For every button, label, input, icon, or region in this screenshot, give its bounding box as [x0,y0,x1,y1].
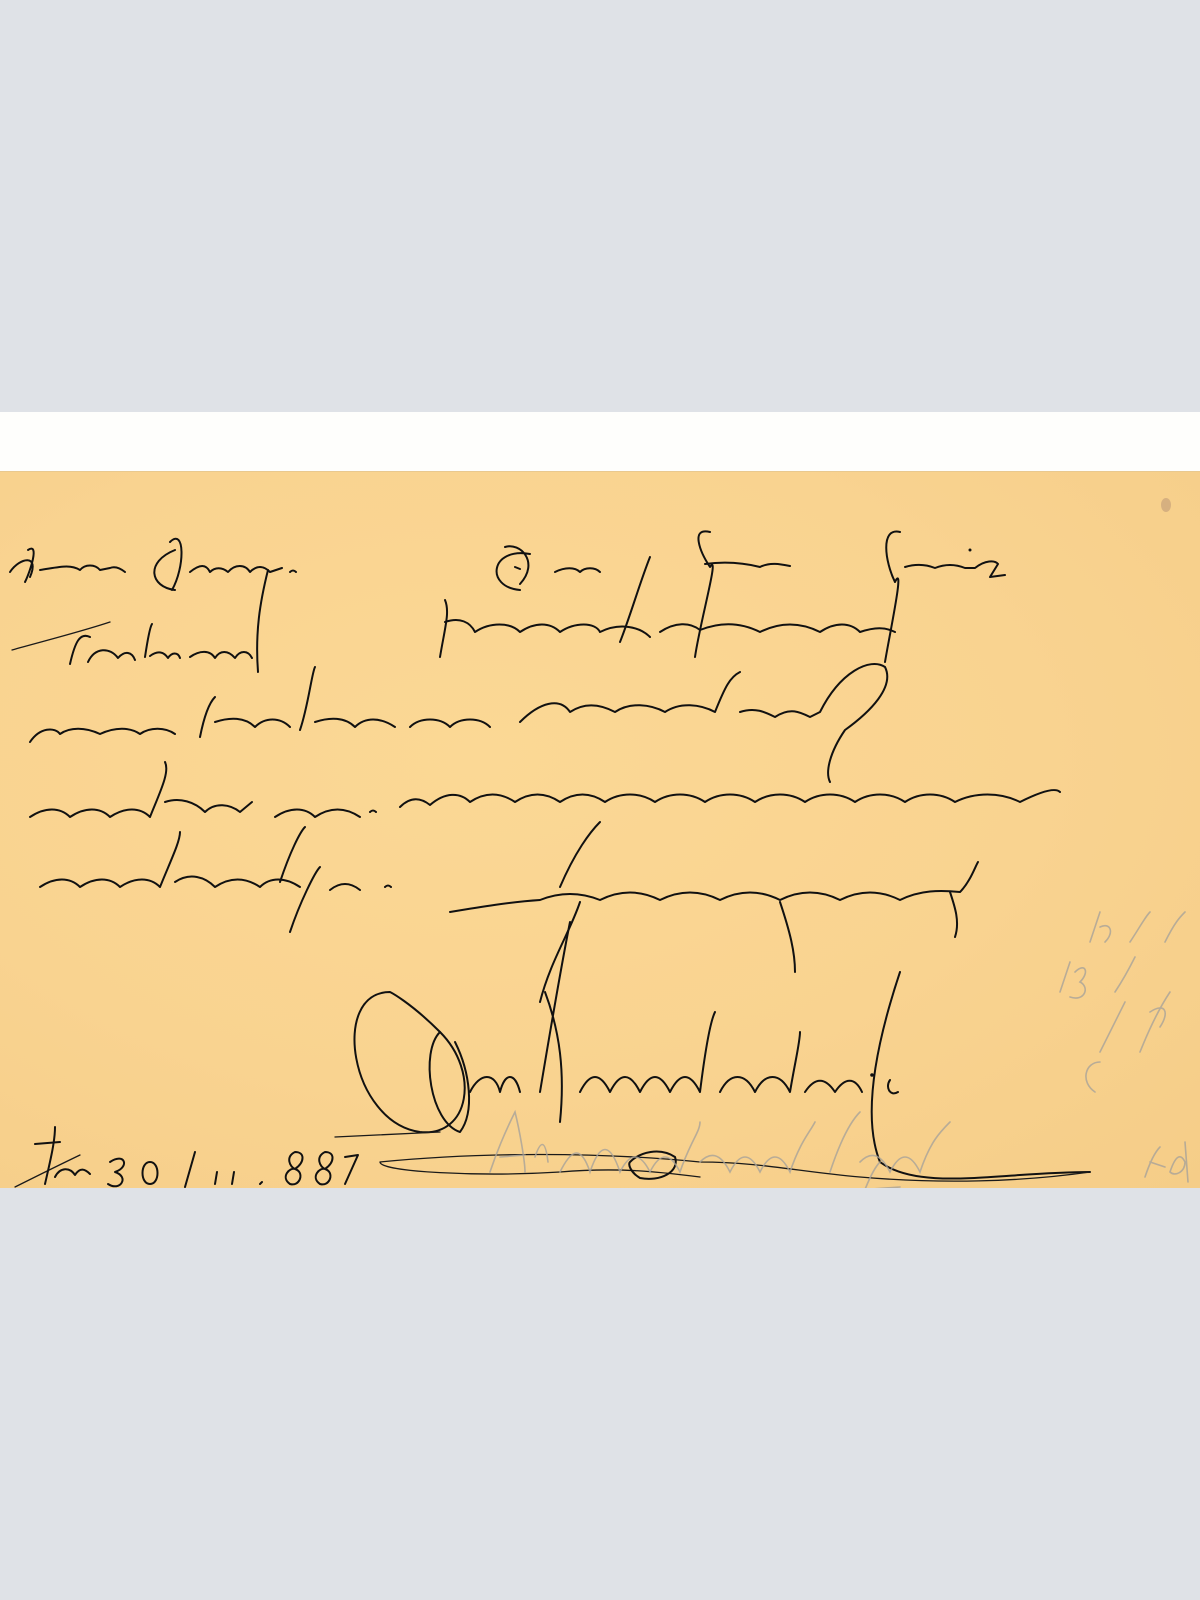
date-strokes [15,1127,440,1187]
scan-margin [0,412,1200,471]
postcard: Herrn Schrödge. Chr in Gera Greiz Wenn S… [0,471,1200,1188]
handwriting-layer [0,472,1200,1188]
signature-strokes [354,922,1090,1181]
address-line-strokes [10,531,1005,672]
pencil-note-strokes [490,912,1188,1188]
stain-mark [1161,498,1171,512]
scanned-document: Herrn Schrödge. Chr in Gera Greiz Wenn S… [0,412,1200,1187]
body-strokes [12,557,1060,932]
